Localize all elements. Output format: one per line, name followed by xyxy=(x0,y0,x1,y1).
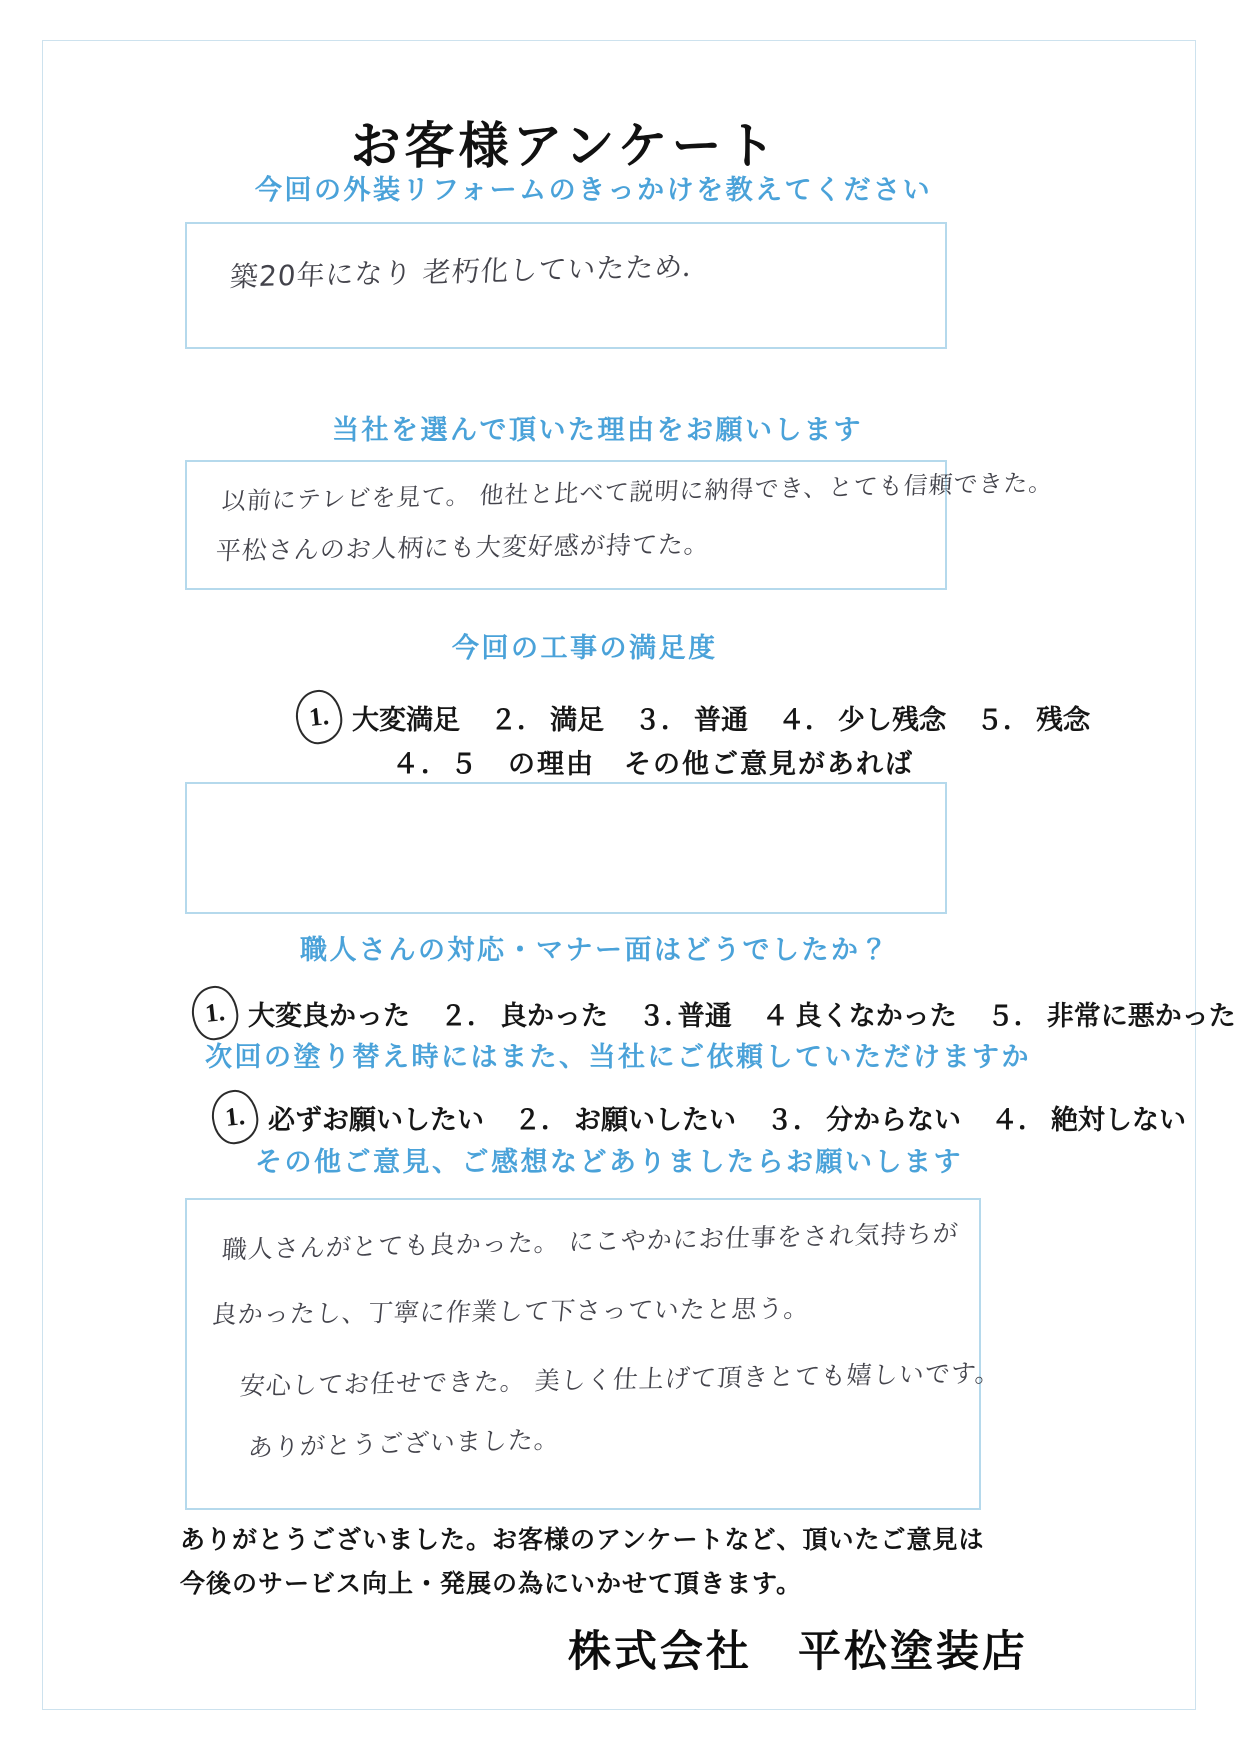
circled-option-number: 1. xyxy=(293,688,344,747)
option-label: 大変満足 xyxy=(352,698,460,737)
footer-thanks-line1: ありがとうございました。お客様のアンケートなど、頂いたご意見は xyxy=(180,1520,985,1556)
circled-option-number: 1. xyxy=(189,984,240,1043)
handwritten-answer-line: 平松さんのお人柄にも大変好感が持てた。 xyxy=(215,525,712,568)
option-label: 非常に悪かった xyxy=(1047,994,1236,1033)
option-item: ３. 普通 xyxy=(638,994,732,1033)
option-label: 大変良かった xyxy=(248,994,410,1033)
answer-box-satisfaction-reason xyxy=(185,782,947,914)
option-label: 普通 xyxy=(678,994,732,1033)
option-item: 1. 必ずお願いしたい xyxy=(212,1090,484,1144)
repeat-request-options-row: 1. 必ずお願いしたい ２． お願いしたい ３． 分からない ４． 絶対しない xyxy=(212,1090,1186,1144)
option-label: 良くなかった xyxy=(795,994,957,1033)
option-label: 少し残念 xyxy=(838,698,946,737)
question-heading-why-us: 当社を選んで頂いた理由をお願いします xyxy=(332,408,863,447)
reason-note: ４．５ の理由 その他ご意見があれば xyxy=(392,742,914,781)
workers-manner-options-row: 1. 大変良かった ２． 良かった ３. 普通 ４ 良くなかった ５． 非常に悪… xyxy=(192,986,1236,1040)
option-item: 1. 大変良かった xyxy=(192,986,410,1040)
question-heading-repeat-request: 次回の塗り替え時にはまた、当社にご依頼していただけますか xyxy=(205,1035,1031,1074)
option-item: ２． 満足 xyxy=(490,698,604,737)
option-item: ２． 良かった xyxy=(440,994,608,1033)
question-heading-reform-reason: 今回の外装リフォームのきっかけを教えてください xyxy=(255,168,932,207)
option-label: 普通 xyxy=(694,698,748,737)
option-item: ３． 分からない xyxy=(766,1098,961,1137)
option-label: 良かった xyxy=(500,994,608,1033)
option-label: 満足 xyxy=(550,698,604,737)
page-title: お客様アンケート xyxy=(0,106,1130,178)
option-label: お願いしたい xyxy=(574,1098,736,1137)
option-item: ５． 非常に悪かった xyxy=(987,994,1236,1033)
option-item: ４． 絶対しない xyxy=(991,1098,1186,1137)
option-item: ２． お願いしたい xyxy=(514,1098,736,1137)
option-item: ５． 残念 xyxy=(976,698,1090,737)
option-label: 絶対しない xyxy=(1051,1098,1186,1137)
option-item: ４ 良くなかった xyxy=(762,994,957,1033)
question-heading-satisfaction: 今回の工事の満足度 xyxy=(452,626,718,665)
option-item: 1. 大変満足 xyxy=(296,690,460,744)
question-heading-workers-manner: 職人さんの対応・マナー面はどうでしたか？ xyxy=(300,928,890,967)
option-item: ３． 普通 xyxy=(634,698,748,737)
footer-thanks-line2: 今後のサービス向上・発展の為にいかせて頂きます。 xyxy=(180,1564,802,1600)
question-heading-other-comments: その他ご意見、ご感想などありましたらお願いします xyxy=(255,1140,963,1179)
option-label: 分からない xyxy=(826,1098,961,1137)
circled-option-number: 1. xyxy=(209,1088,260,1147)
option-item: ４． 少し残念 xyxy=(778,698,946,737)
company-name: 株式会社 平松塗装店 xyxy=(568,1618,1028,1679)
option-label: 残念 xyxy=(1036,698,1090,737)
option-label: 必ずお願いしたい xyxy=(268,1098,484,1137)
satisfaction-options-row: 1. 大変満足 ２． 満足 ３． 普通 ４． 少し残念 ５． 残念 xyxy=(296,690,1090,744)
handwritten-answer-line: 良かったし、丁寧に作業して下さっていたと思う。 xyxy=(210,1289,811,1331)
